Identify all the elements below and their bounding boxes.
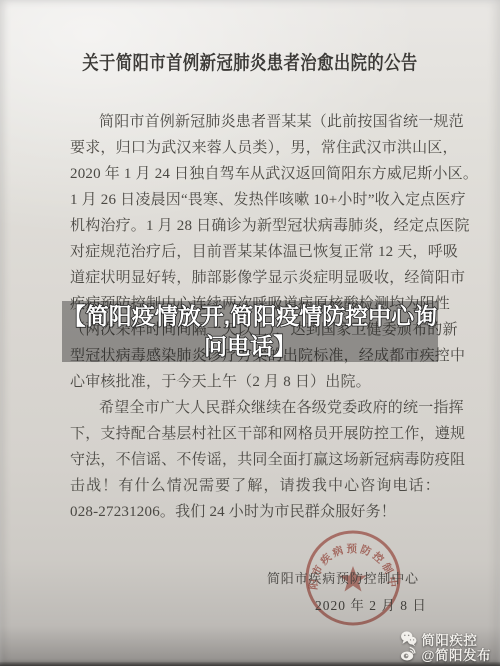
body-line: 机构治疗。1 月 28 日确诊为新型冠状病毒肺炎，经定点医院 [70,213,440,239]
caption-line-2: 问电话】 [22,331,478,361]
document-photo: 关于简阳市首例新冠肺炎患者治愈出院的公告 简阳市首例新冠肺炎患者晋某某（此前按国… [0,0,500,666]
body-line: 心审核批准，于今天上午（2 月 8 日）出院。 [70,369,440,395]
photo-bottom-edge [0,662,500,666]
caption-line-1: 【简阳疫情放开,简阳疫情防控中心询 [22,301,478,331]
body-line: 2020 年 1 月 24 日独自驾车从武汉返回简阳东方威尼斯小区。 [70,161,440,187]
announcement-title: 关于简阳市首例新冠肺炎患者治愈出院的公告 [35,48,465,75]
body-line: 028-27231206。我们 24 小时为市民群众服好务！ [70,499,440,525]
body-line: 希望全市广大人民群众继续在各级党委政府的统一指挥 [70,395,440,421]
body-line: 简阳市首例新冠肺炎患者晋某某（此前按国省统一规范 [70,109,440,135]
caption-overlay: 【简阳疫情放开,简阳疫情防控中心询 问电话】 [62,301,438,362]
watermark-weibo-name: @简阳发布 [421,644,491,664]
body-line: 道症状明显好转，肺部影像学显示炎症明显吸收，经简阳市 [70,265,440,291]
body-line: 对症规范治疗后，目前晋某某体温已恢复正常 12 天，呼吸 [70,239,440,265]
issuer-name: 简阳市疾病预防控制中心 [267,568,419,587]
watermark: 简阳疾控 @简阳发布 [400,631,491,661]
body-line: 守法，不信谣、不传谣，共同全面打赢这场新冠病毒防疫阻 [70,447,440,473]
caption-text: 【简阳疫情放开,简阳疫情防控中心询 问电话】 [22,301,478,361]
issue-date: 2020 年 2 月 8 日 [315,594,427,614]
body-line: 下，支持配合基层村社区干部和网格员开展防控工作，遵规 [70,421,440,447]
body-line: 要求，归口为武汉来蓉人员类），男，常住武汉市洪山区， [70,135,440,161]
weibo-icon [400,645,417,662]
body-line: 击战！有什么情况需要了解，请拨我中心咨询电话： [70,473,440,499]
body-line: 1 月 26 日凌晨因“畏寒、发热伴咳嗽 10+小时”收入定点医疗 [70,187,440,213]
